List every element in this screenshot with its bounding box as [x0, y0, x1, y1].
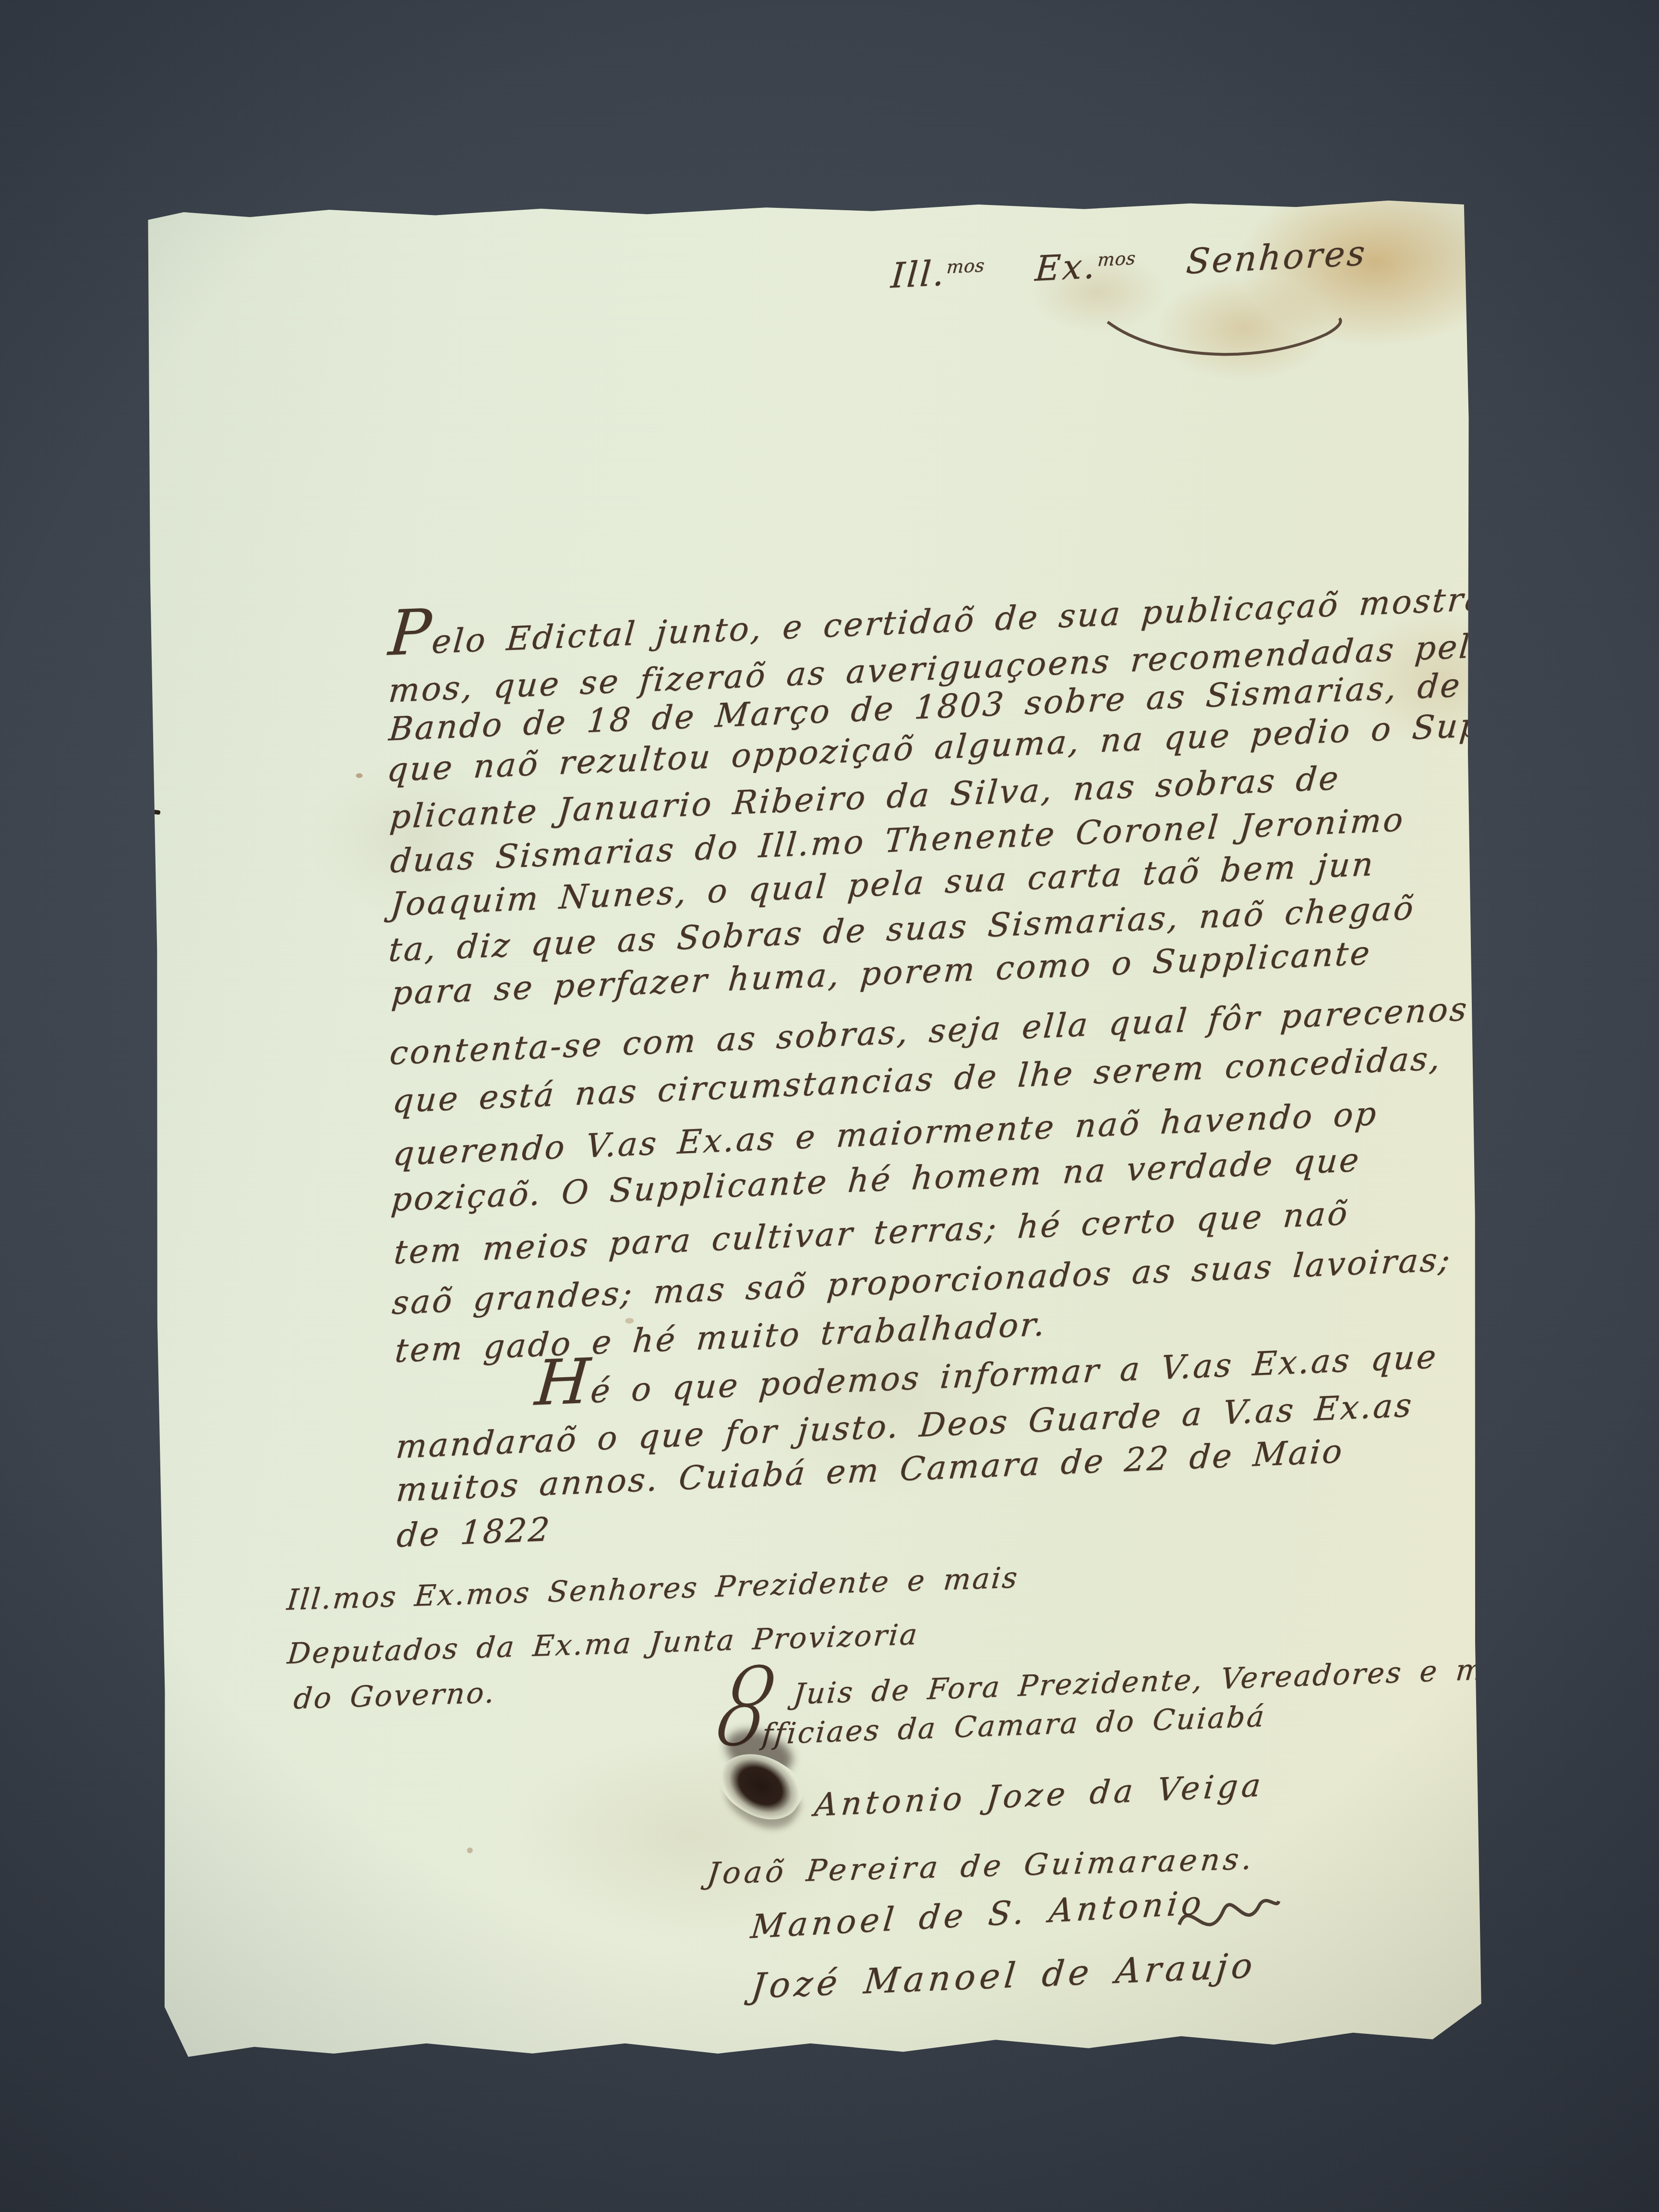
signature-line: Antonio Joze da Veiga	[813, 1767, 1266, 1824]
address-line: Deputados da Ex.ma Junta Provizoria	[286, 1618, 920, 1671]
signature-rubric-flourish	[1173, 1887, 1284, 1951]
salutation-line: Ill.mos Ex.mos Senhores	[890, 232, 1368, 296]
salutation-sup: mos	[1097, 247, 1137, 270]
salutation-underline-flourish	[1100, 308, 1350, 377]
manuscript-page: Ill.mos Ex.mos Senhores Pelo Edictal jun…	[144, 196, 1486, 2063]
address-line: do Governo.	[292, 1676, 498, 1716]
signature-line: Jozé Manoel de Araujo	[749, 1945, 1258, 2007]
salutation-word: Senhores	[1185, 232, 1368, 281]
signature-line: Manoel de S. Antonio	[749, 1884, 1207, 1946]
fox-spot	[467, 1848, 473, 1853]
signature-line: Joaõ Pereira de Guimaraens.	[705, 1841, 1257, 1891]
salutation-abbr-ex: Ex.mos	[1034, 243, 1137, 289]
fox-spot	[356, 773, 362, 778]
date-line: de 1822	[395, 1511, 553, 1555]
address-line: Ill.mos Ex.mos Senhores Prezidente e mai…	[286, 1561, 1021, 1617]
salutation-sup: mos	[946, 254, 986, 277]
photo-background: { "doc": { "salutation": { "abbr1": "Ill…	[0, 0, 1659, 2212]
edge-ink-mark	[148, 809, 161, 815]
salutation-abbr-ill: Ill.mos	[890, 251, 986, 296]
